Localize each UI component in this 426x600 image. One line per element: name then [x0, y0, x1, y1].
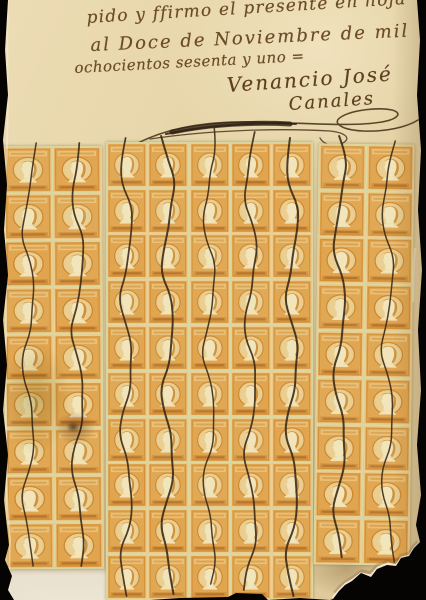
stamp: [272, 509, 312, 553]
stamp: [272, 555, 312, 599]
stamp: [231, 234, 271, 278]
stamp: [231, 189, 271, 233]
stamp-strip-middle: [106, 142, 313, 600]
stamp: [148, 463, 188, 507]
stamp: [148, 143, 188, 187]
stamp: [190, 555, 230, 599]
stamp: [364, 379, 411, 425]
stamp: [4, 194, 52, 240]
stamp: [148, 372, 188, 416]
stamp: [148, 280, 188, 324]
stamp: [6, 523, 54, 569]
stamp: [272, 463, 312, 507]
stamp: [319, 144, 366, 190]
stamp: [148, 555, 188, 599]
stamp: [315, 472, 362, 518]
stamp: [317, 285, 364, 331]
stamp: [272, 189, 312, 233]
stamp: [272, 372, 312, 416]
stamp: [314, 519, 361, 565]
stamp: [231, 509, 271, 553]
stamp: [190, 189, 230, 233]
stamp: [107, 555, 147, 599]
stamp: [190, 418, 230, 462]
stamp: [316, 378, 363, 424]
stamp: [107, 280, 147, 324]
stamp: [190, 280, 230, 324]
stamp: [4, 288, 52, 334]
stamp: [318, 238, 365, 284]
stamp: [107, 326, 147, 370]
stamp-strip-right: [313, 143, 414, 565]
stamp: [4, 241, 52, 287]
stamp: [231, 555, 271, 599]
document-photograph: pido y ffirmo el presente en hoja al Doc…: [0, 0, 426, 600]
stamp: [315, 425, 362, 471]
stamp: [272, 418, 312, 462]
stamp: [54, 241, 102, 287]
stamp: [231, 418, 271, 462]
stamp: [107, 189, 147, 233]
stamp: [317, 331, 364, 377]
stamp: [190, 143, 230, 187]
stamp: [367, 145, 414, 191]
stamp-sheet: [0, 0, 426, 600]
stamp: [54, 288, 102, 334]
stamp: [272, 143, 312, 187]
stamp: [231, 372, 271, 416]
stamp: [107, 143, 147, 187]
stamp: [107, 372, 147, 416]
stamp: [363, 426, 410, 472]
stamp: [231, 326, 271, 370]
stamp: [148, 418, 188, 462]
stamp: [190, 463, 230, 507]
stamp: [190, 234, 230, 278]
stamp: [4, 147, 52, 193]
stamp: [107, 509, 147, 553]
stamp: [53, 147, 101, 193]
stamp: [365, 332, 412, 378]
stamp: [53, 194, 101, 240]
stamp: [107, 234, 147, 278]
stamp: [5, 476, 53, 522]
stamp: [5, 335, 53, 381]
stamp: [190, 372, 230, 416]
stamp: [272, 326, 312, 370]
stamp: [5, 429, 53, 475]
stamp: [54, 382, 102, 428]
stamp: [272, 280, 312, 324]
stamp: [366, 192, 413, 238]
stamp: [365, 285, 412, 331]
stamp: [148, 509, 188, 553]
document-paper: pido y ffirmo el presente en hoja al Doc…: [0, 0, 426, 600]
stamp: [55, 429, 103, 475]
stamp: [272, 234, 312, 278]
stamp: [55, 476, 103, 522]
stamp-strip-left: [3, 146, 104, 570]
stamp: [148, 189, 188, 233]
stamp: [231, 143, 271, 187]
stamp: [318, 191, 365, 237]
stamp: [362, 519, 409, 565]
stamp: [107, 418, 147, 462]
stamp: [363, 472, 410, 518]
stamp: [148, 234, 188, 278]
stamp: [231, 463, 271, 507]
stamp: [190, 326, 230, 370]
stamp: [148, 326, 188, 370]
stamp: [5, 382, 53, 428]
stamp: [190, 509, 230, 553]
stamp: [366, 238, 413, 284]
stamp: [55, 523, 103, 569]
stamp: [107, 463, 147, 507]
stamp: [54, 335, 102, 381]
stamp: [231, 280, 271, 324]
